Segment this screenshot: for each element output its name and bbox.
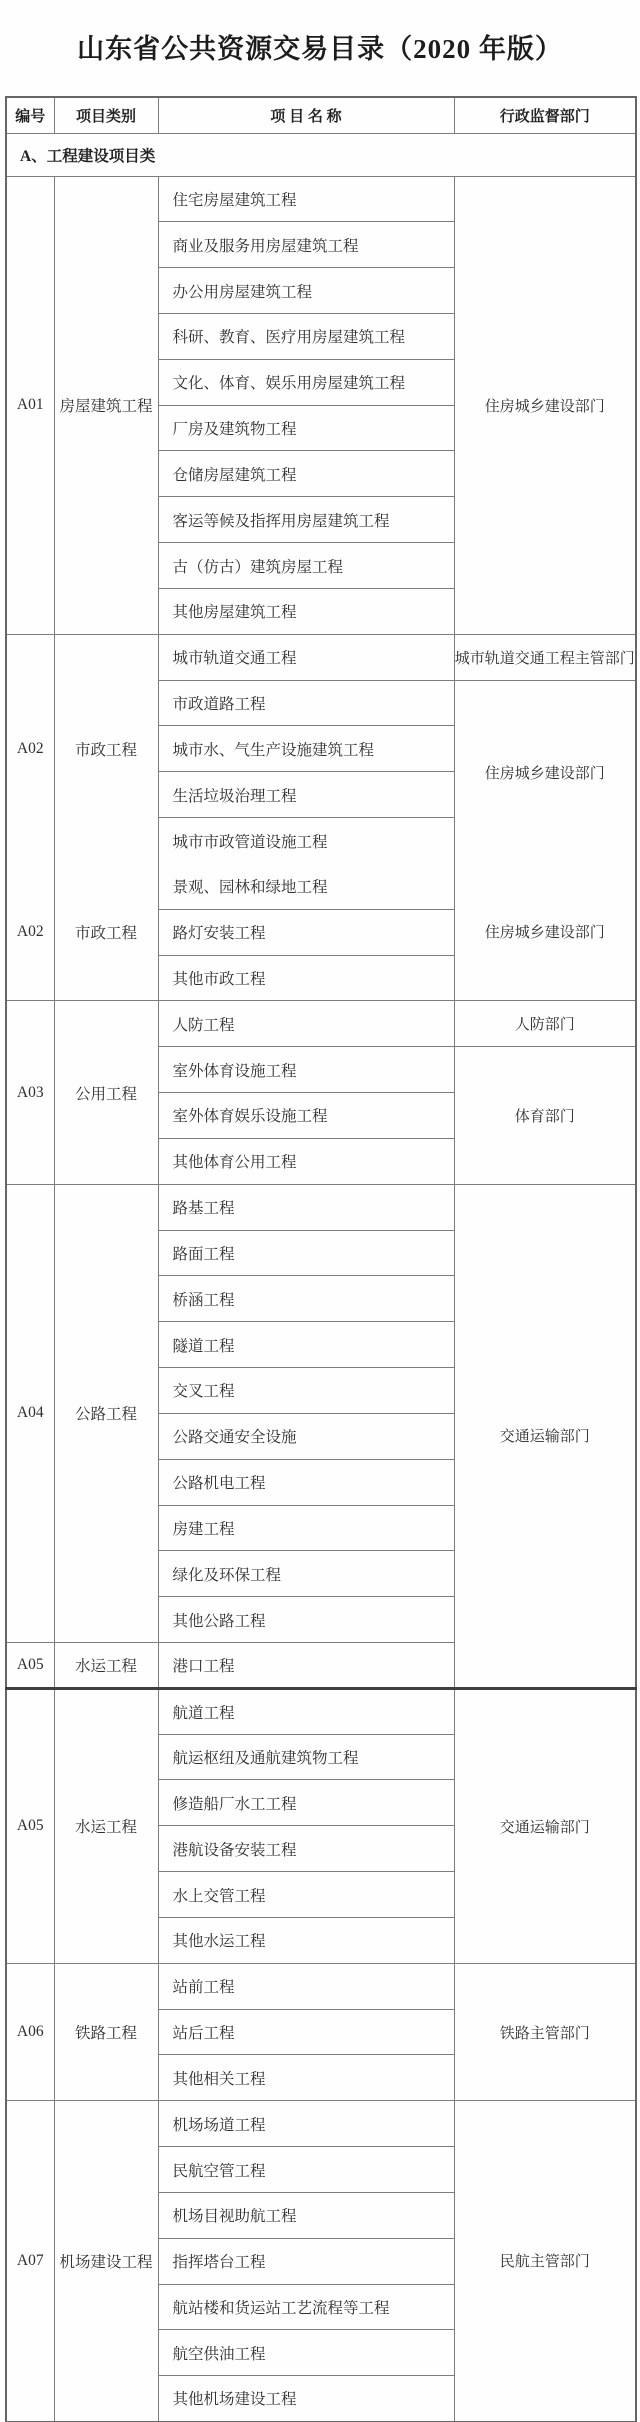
project-name-cell: 港口工程 <box>158 1643 454 1689</box>
table-body: A01房屋建筑工程住宅房屋建筑工程住房城乡建设部门商业及服务用房屋建筑工程办公用… <box>6 176 636 2422</box>
category-cell: 公用工程 <box>54 1001 158 1184</box>
table-row: A06铁路工程站前工程铁路主管部门 <box>6 1963 636 2009</box>
project-name-cell: 航运枢纽及通航建筑物工程 <box>158 1734 454 1780</box>
project-name-cell: 房建工程 <box>158 1505 454 1551</box>
dept-cell: 城市轨道交通工程主管部门 <box>454 634 636 680</box>
page-title: 山东省公共资源交易目录（2020 年版） <box>0 30 640 68</box>
project-name-cell: 航站楼和货运站工艺流程等工程 <box>158 2284 454 2330</box>
document-page: 山东省公共资源交易目录（2020 年版） 编号 项目类别 项 目 名 称 行政监… <box>0 0 640 2422</box>
project-name-cell: 机场场道工程 <box>158 2101 454 2147</box>
project-name-cell: 其他机场建设工程 <box>158 2376 454 2422</box>
project-name-cell: 其他房屋建筑工程 <box>158 588 454 634</box>
dept-cell: 人防部门 <box>454 1001 636 1047</box>
project-name-cell: 修造船厂水工工程 <box>158 1780 454 1826</box>
table-row: A03公用工程人防工程人防部门 <box>6 1001 636 1047</box>
project-name-cell: 公路机电工程 <box>158 1459 454 1505</box>
table-row: A04公路工程路基工程交通运输部门 <box>6 1184 636 1230</box>
dept-cell: 体育部门 <box>454 1047 636 1184</box>
table-row: A02市政工程景观、园林和绿地工程住房城乡建设部门 <box>6 863 636 909</box>
category-cell: 水运工程 <box>54 1688 158 1963</box>
code-cell: A05 <box>6 1688 54 1963</box>
dept-cell: 住房城乡建设部门 <box>454 176 636 634</box>
project-name-cell: 路灯安装工程 <box>158 909 454 955</box>
code-cell: A05 <box>6 1643 54 1689</box>
project-name-cell: 其他市政工程 <box>158 955 454 1001</box>
category-cell: 市政工程 <box>54 634 158 863</box>
project-name-cell: 机场目视助航工程 <box>158 2192 454 2238</box>
dept-cell: 交通运输部门 <box>454 1688 636 1963</box>
dept-cell: 铁路主管部门 <box>454 1963 636 2100</box>
project-name-cell: 航道工程 <box>158 1688 454 1734</box>
project-name-cell: 人防工程 <box>158 1001 454 1047</box>
project-name-cell: 室外体育设施工程 <box>158 1047 454 1093</box>
dept-cell: 住房城乡建设部门 <box>454 863 636 1000</box>
col-header-code: 编号 <box>6 97 54 133</box>
table-row: A02市政工程城市轨道交通工程城市轨道交通工程主管部门 <box>6 634 636 680</box>
project-name-cell: 指挥塔台工程 <box>158 2238 454 2284</box>
project-name-cell: 隧道工程 <box>158 1322 454 1368</box>
dept-cell: 民航主管部门 <box>454 2101 636 2422</box>
code-cell: A03 <box>6 1001 54 1184</box>
project-name-cell: 厂房及建筑物工程 <box>158 405 454 451</box>
category-cell: 水运工程 <box>54 1643 158 1689</box>
catalog-table: 编号 项目类别 项 目 名 称 行政监督部门 A、工程建设项目类 A01房屋建筑… <box>5 96 637 2422</box>
project-name-cell: 市政道路工程 <box>158 680 454 726</box>
project-name-cell: 站前工程 <box>158 1963 454 2009</box>
project-name-cell: 商业及服务用房屋建筑工程 <box>158 222 454 268</box>
project-name-cell: 科研、教育、医疗用房屋建筑工程 <box>158 313 454 359</box>
category-cell: 公路工程 <box>54 1184 158 1642</box>
project-name-cell: 水上交管工程 <box>158 1872 454 1918</box>
project-name-cell: 城市水、气生产设施建筑工程 <box>158 726 454 772</box>
project-name-cell: 其他公路工程 <box>158 1597 454 1643</box>
project-name-cell: 其他体育公用工程 <box>158 1138 454 1184</box>
code-cell: A02 <box>6 863 54 1000</box>
project-name-cell: 站后工程 <box>158 2009 454 2055</box>
project-name-cell: 客运等候及指挥用房屋建筑工程 <box>158 497 454 543</box>
table-row: A05水运工程航道工程交通运输部门 <box>6 1688 636 1734</box>
project-name-cell: 民航空管工程 <box>158 2147 454 2193</box>
code-cell: A01 <box>6 176 54 634</box>
project-name-cell: 路面工程 <box>158 1230 454 1276</box>
section-header-row: A、工程建设项目类 <box>6 133 636 176</box>
code-cell: A04 <box>6 1184 54 1642</box>
project-name-cell: 景观、园林和绿地工程 <box>158 863 454 909</box>
project-name-cell: 办公用房屋建筑工程 <box>158 268 454 314</box>
code-cell: A02 <box>6 634 54 863</box>
header-row: 编号 项目类别 项 目 名 称 行政监督部门 <box>6 97 636 133</box>
category-cell: 铁路工程 <box>54 1963 158 2100</box>
project-name-cell: 其他相关工程 <box>158 2055 454 2101</box>
project-name-cell: 室外体育娱乐设施工程 <box>158 1093 454 1139</box>
project-name-cell: 仓储房屋建筑工程 <box>158 451 454 497</box>
dept-cell: 交通运输部门 <box>454 1184 636 1688</box>
code-cell: A06 <box>6 1963 54 2100</box>
col-header-category: 项目类别 <box>54 97 158 133</box>
section-header: A、工程建设项目类 <box>6 133 636 176</box>
project-name-cell: 城市市政管道设施工程 <box>158 818 454 864</box>
project-name-cell: 港航设备安装工程 <box>158 1826 454 1872</box>
project-name-cell: 航空供油工程 <box>158 2330 454 2376</box>
project-name-cell: 文化、体育、娱乐用房屋建筑工程 <box>158 359 454 405</box>
category-cell: 市政工程 <box>54 863 158 1000</box>
project-name-cell: 桥涵工程 <box>158 1276 454 1322</box>
project-name-cell: 住宅房屋建筑工程 <box>158 176 454 222</box>
project-name-cell: 交叉工程 <box>158 1368 454 1414</box>
code-cell: A07 <box>6 2101 54 2422</box>
project-name-cell: 古（仿古）建筑房屋工程 <box>158 543 454 589</box>
dept-cell: 住房城乡建设部门 <box>454 680 636 863</box>
col-header-supervision-dept: 行政监督部门 <box>454 97 636 133</box>
project-name-cell: 绿化及环保工程 <box>158 1551 454 1597</box>
col-header-project-name: 项 目 名 称 <box>158 97 454 133</box>
project-name-cell: 路基工程 <box>158 1184 454 1230</box>
table-row: A07机场建设工程机场场道工程民航主管部门 <box>6 2101 636 2147</box>
table-row: A01房屋建筑工程住宅房屋建筑工程住房城乡建设部门 <box>6 176 636 222</box>
project-name-cell: 生活垃圾治理工程 <box>158 772 454 818</box>
project-name-cell: 其他水运工程 <box>158 1917 454 1963</box>
project-name-cell: 城市轨道交通工程 <box>158 634 454 680</box>
project-name-cell: 公路交通安全设施 <box>158 1413 454 1459</box>
category-cell: 房屋建筑工程 <box>54 176 158 634</box>
category-cell: 机场建设工程 <box>54 2101 158 2422</box>
